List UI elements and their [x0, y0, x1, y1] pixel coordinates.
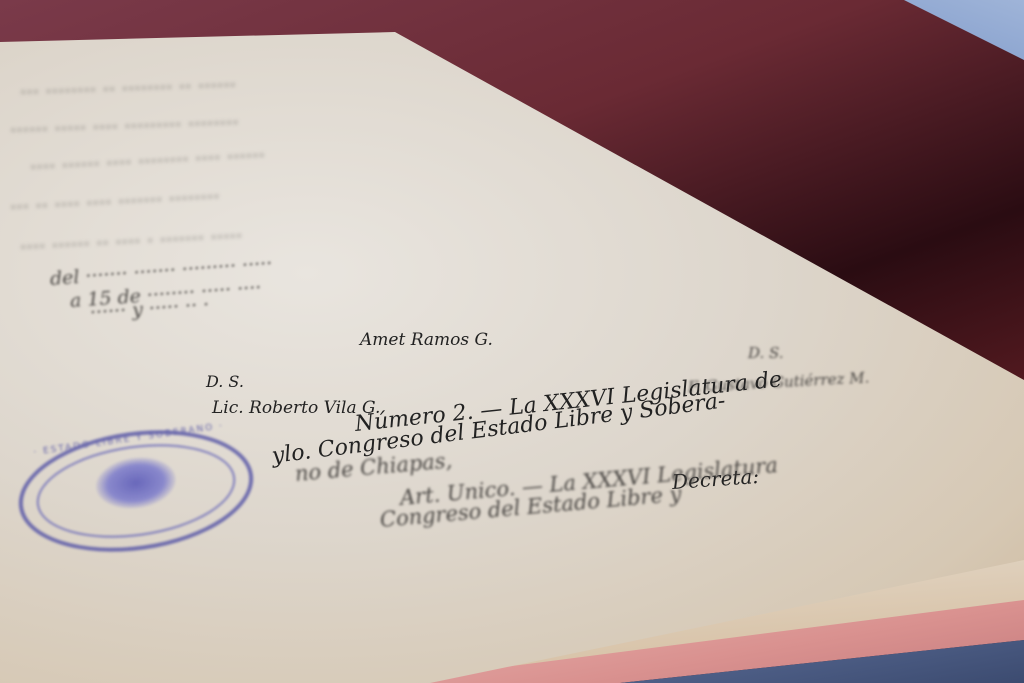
blurred-line: ···· ······ ·· ···· · ······· ····· — [19, 223, 242, 259]
blurred-line: ··· ·· ···· ···· ······· ········ — [9, 184, 220, 219]
official-seal-stamp: · ESTADO LIBRE Y SOBERANO · — [11, 416, 261, 566]
signature-center: Amet Ramos G. — [360, 330, 493, 350]
signature-right-initials: D. S. — [748, 344, 784, 362]
signature-left-initials: D. S. — [206, 372, 244, 391]
blurred-line: ··· ········ ·· ········ ·· ······ — [20, 72, 237, 104]
blurred-line: ······ ····· ···· ········· ········ — [10, 110, 240, 142]
blurred-line: ···· ······ ···· ········ ···· ······ — [29, 143, 265, 179]
